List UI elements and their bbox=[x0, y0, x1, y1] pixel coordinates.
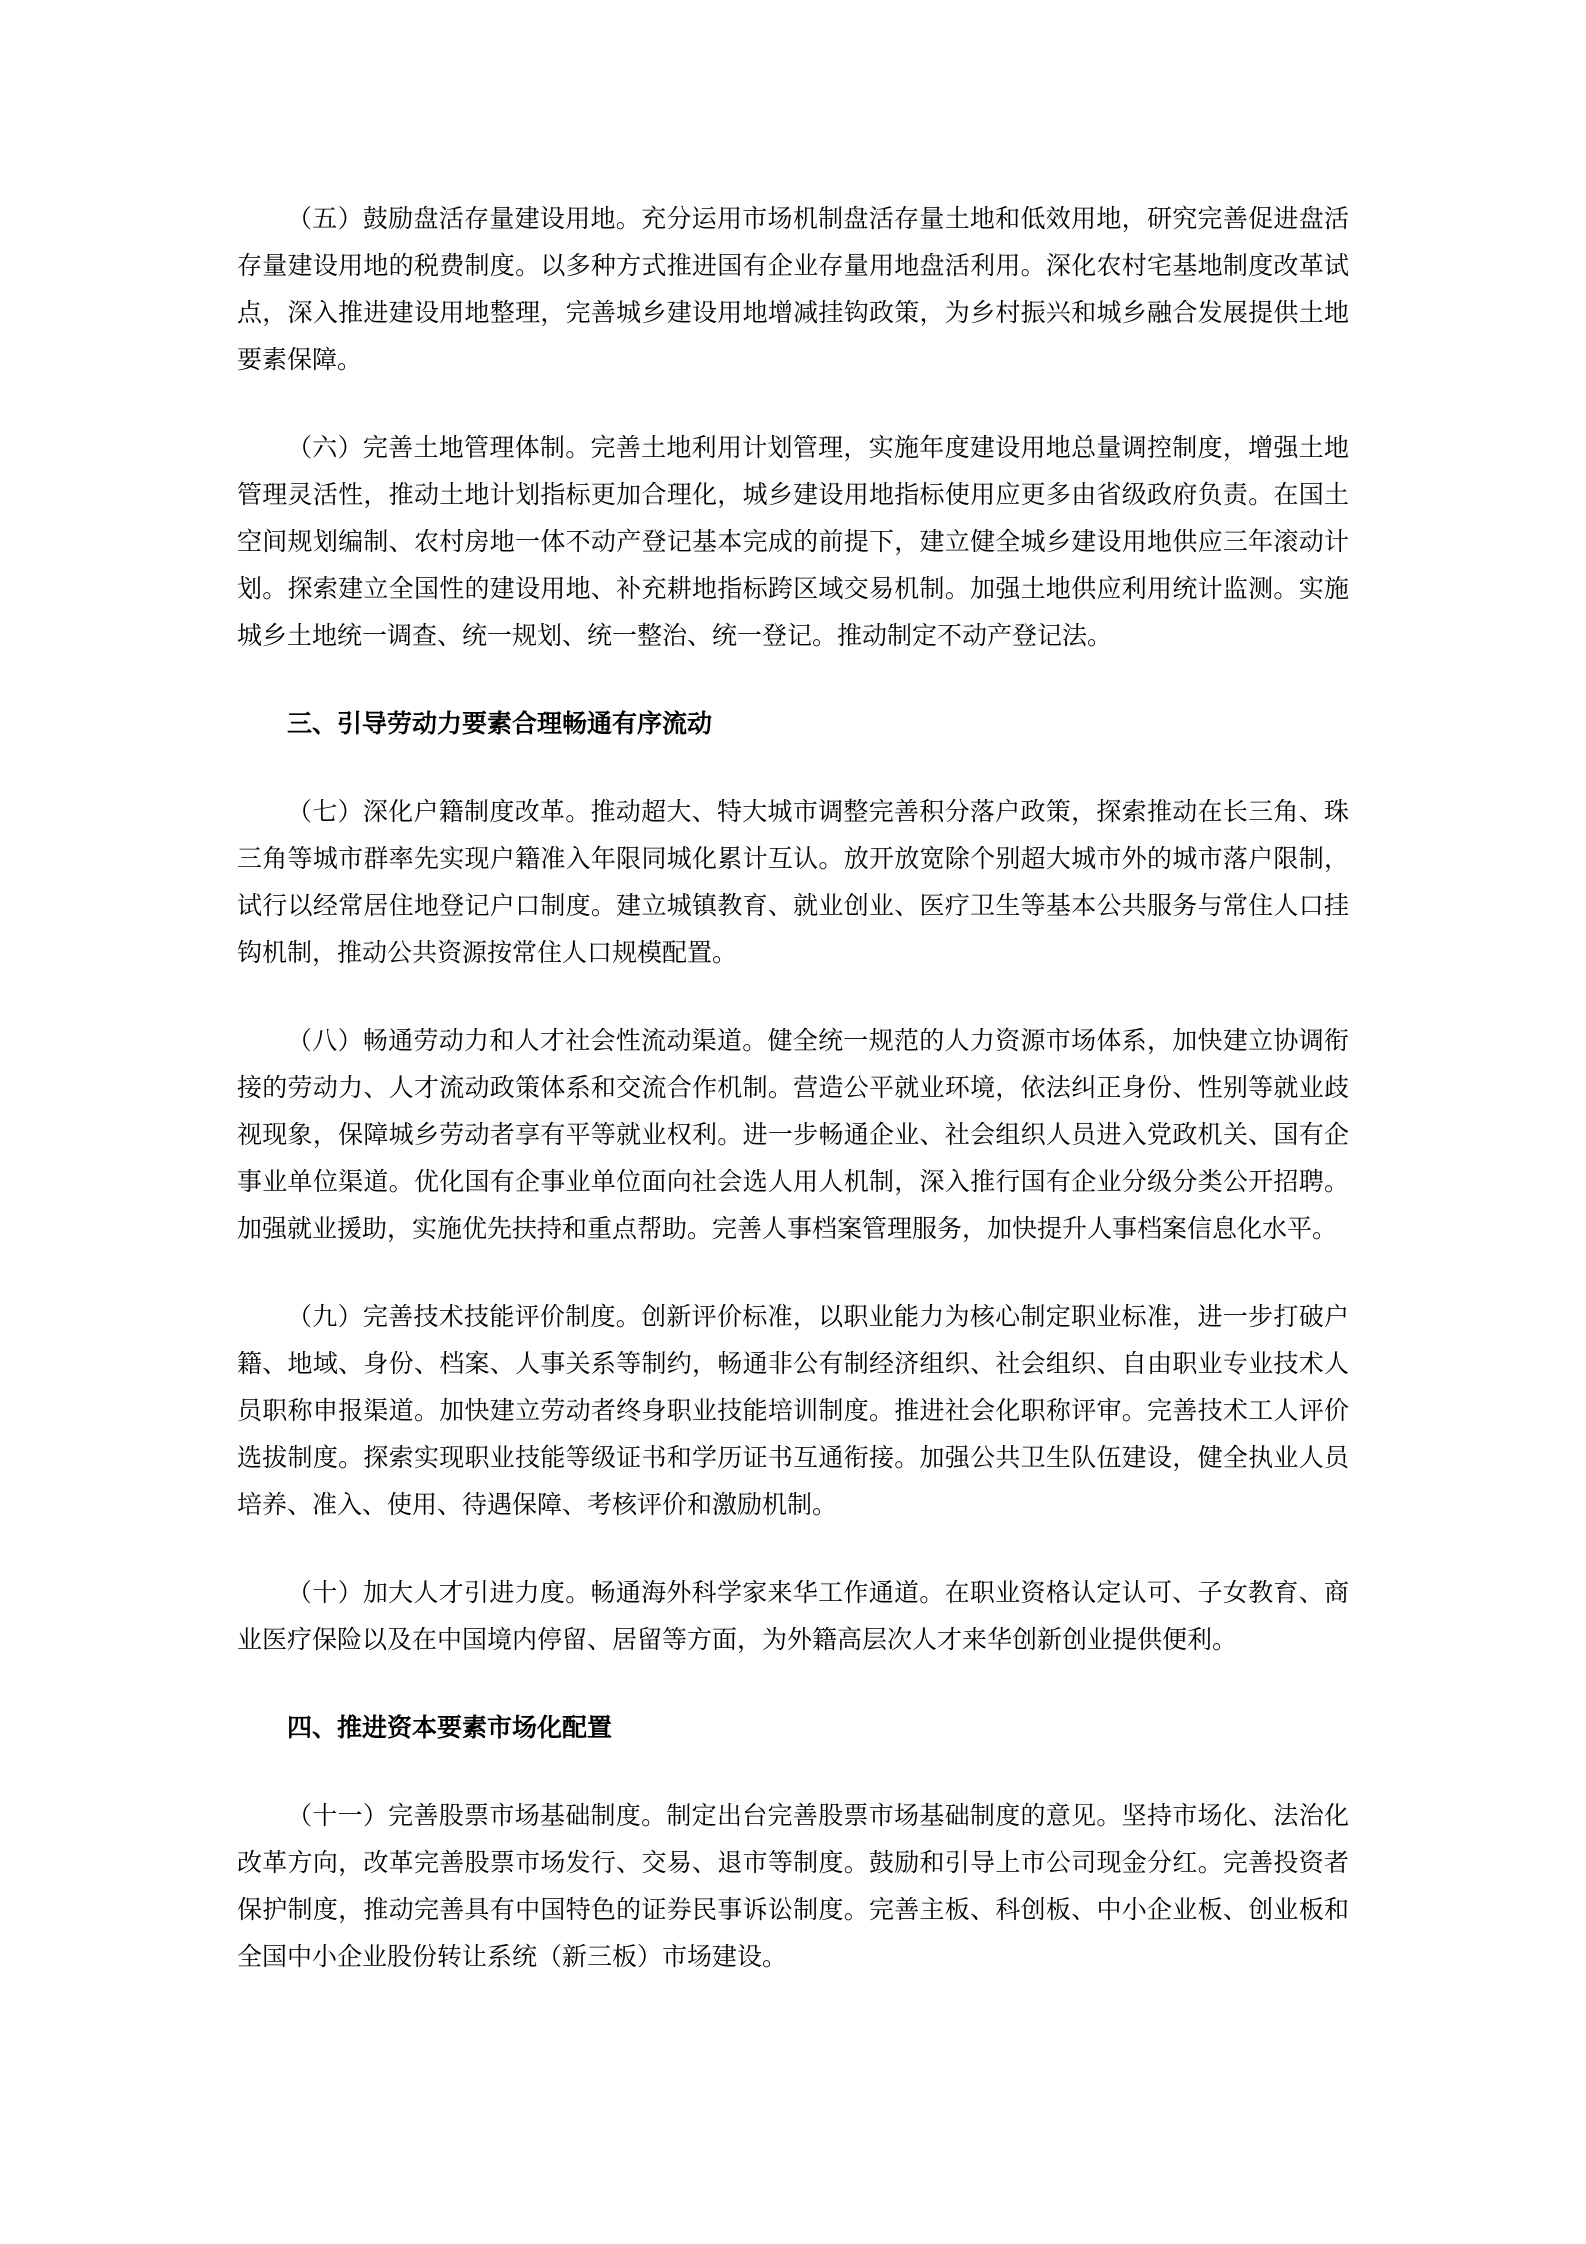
section-heading-labor-flow: 三、引导劳动力要素合理畅通有序流动 bbox=[237, 701, 1349, 748]
paragraph-item-9: （九）完善技术技能评价制度。创新评价标准，以职业能力为核心制定职业标准，进一步打… bbox=[237, 1294, 1349, 1529]
document-body: （五）鼓励盘活存量建设用地。充分运用市场机制盘活存量土地和低效用地，研究完善促进… bbox=[237, 196, 1349, 2022]
paragraph-item-10: （十）加大人才引进力度。畅通海外科学家来华工作通道。在职业资格认定认可、子女教育… bbox=[237, 1570, 1349, 1664]
paragraph-item-5: （五）鼓励盘活存量建设用地。充分运用市场机制盘活存量土地和低效用地，研究完善促进… bbox=[237, 196, 1349, 384]
paragraph-item-11: （十一）完善股票市场基础制度。制定出台完善股票市场基础制度的意见。坚持市场化、法… bbox=[237, 1793, 1349, 1981]
paragraph-item-7: （七）深化户籍制度改革。推动超大、特大城市调整完善积分落户政策，探索推动在长三角… bbox=[237, 789, 1349, 977]
section-heading-capital-allocation: 四、推进资本要素市场化配置 bbox=[237, 1705, 1349, 1752]
paragraph-item-6: （六）完善土地管理体制。完善土地利用计划管理，实施年度建设用地总量调控制度，增强… bbox=[237, 425, 1349, 660]
paragraph-item-8: （八）畅通劳动力和人才社会性流动渠道。健全统一规范的人力资源市场体系，加快建立协… bbox=[237, 1018, 1349, 1253]
document-page: （五）鼓励盘活存量建设用地。充分运用市场机制盘活存量土地和低效用地，研究完善促进… bbox=[0, 0, 1586, 2244]
